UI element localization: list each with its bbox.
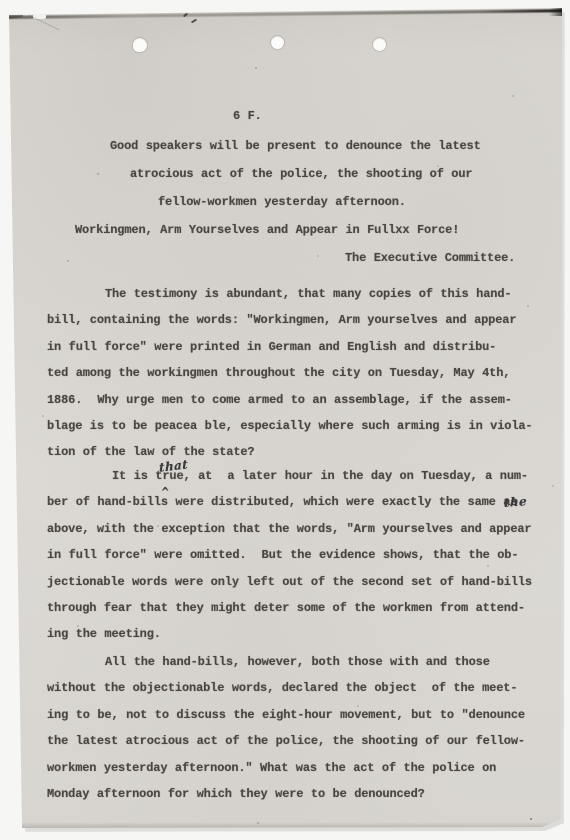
- typed-line: ted among the workingmen throughout the …: [47, 360, 552, 386]
- typed-line: in full force" were printed in German an…: [47, 334, 552, 360]
- page-number: 6 F.: [233, 103, 262, 130]
- typed-line: 1886. Why urge men to come armed to an a…: [47, 387, 552, 413]
- paragraph-testimony: The testimony is abundant, that many cop…: [47, 281, 552, 466]
- typed-line: in full force" were omitted. But the evi…: [47, 542, 552, 568]
- punch-hole: [373, 38, 386, 51]
- paper-sheet: 6 F. Good speakers will be present to de…: [7, 5, 563, 829]
- typed-line: atrocious act of the police, the shootin…: [130, 160, 552, 188]
- typed-line: bill, containing the words: "Workingmen,…: [47, 307, 552, 333]
- typed-line: It is true, at a later hour in the day o…: [47, 463, 552, 489]
- typed-line: The testimony is abundant, that many cop…: [47, 281, 552, 307]
- typed-line: The Executive Committee.: [345, 244, 552, 272]
- typed-line: blage is to be peacea ble, especially wh…: [47, 413, 552, 439]
- typed-line: through fear that they might deter some …: [47, 595, 552, 621]
- scanned-document-page: 6 F. Good speakers will be present to de…: [0, 0, 570, 840]
- typed-line: workmen yesterday afternoon." What was t…: [47, 755, 552, 781]
- paragraph-second-handbills: It is true, at a later hour in the day o…: [47, 463, 552, 648]
- typed-line: without the objectionable words, declare…: [47, 675, 552, 701]
- handbill-quote: Good speakers will be present to denounc…: [47, 132, 552, 272]
- typed-line: fellow-workmen yesterday afternoon.: [158, 188, 552, 216]
- typed-line: Good speakers will be present to denounc…: [110, 132, 552, 160]
- typed-line: jectionable words were only left out of …: [47, 569, 552, 595]
- typed-line: above, with the exception that the words…: [47, 516, 552, 542]
- punch-hole: [133, 38, 147, 52]
- typed-line: the latest atrocious act of the police, …: [47, 728, 552, 754]
- typed-line: tion of the law of the state?: [47, 439, 552, 465]
- scan-top-edge: [7, 9, 563, 19]
- typed-line: ing to be, not to discuss the eight-hour…: [47, 702, 552, 728]
- dark-corner-right: [537, 5, 565, 16]
- handwritten-insert-the: the: [504, 488, 528, 516]
- pencil-mark: [191, 19, 197, 24]
- punch-hole: [271, 36, 284, 49]
- insert-caret: ^: [161, 477, 169, 511]
- typed-line: ber of hand-bills were distributed, whic…: [47, 489, 552, 515]
- typed-line: All the hand-bills, however, both those …: [47, 649, 552, 675]
- typed-line: Monday afternoon for which they were to …: [47, 781, 552, 807]
- paper-specks: [7, 5, 9, 7]
- typed-line: Workingmen, Arm Yourselves and Appear in…: [75, 216, 552, 244]
- paragraph-all-handbills: All the hand-bills, however, both those …: [47, 649, 552, 807]
- typed-line: ing the meeting.: [47, 621, 552, 647]
